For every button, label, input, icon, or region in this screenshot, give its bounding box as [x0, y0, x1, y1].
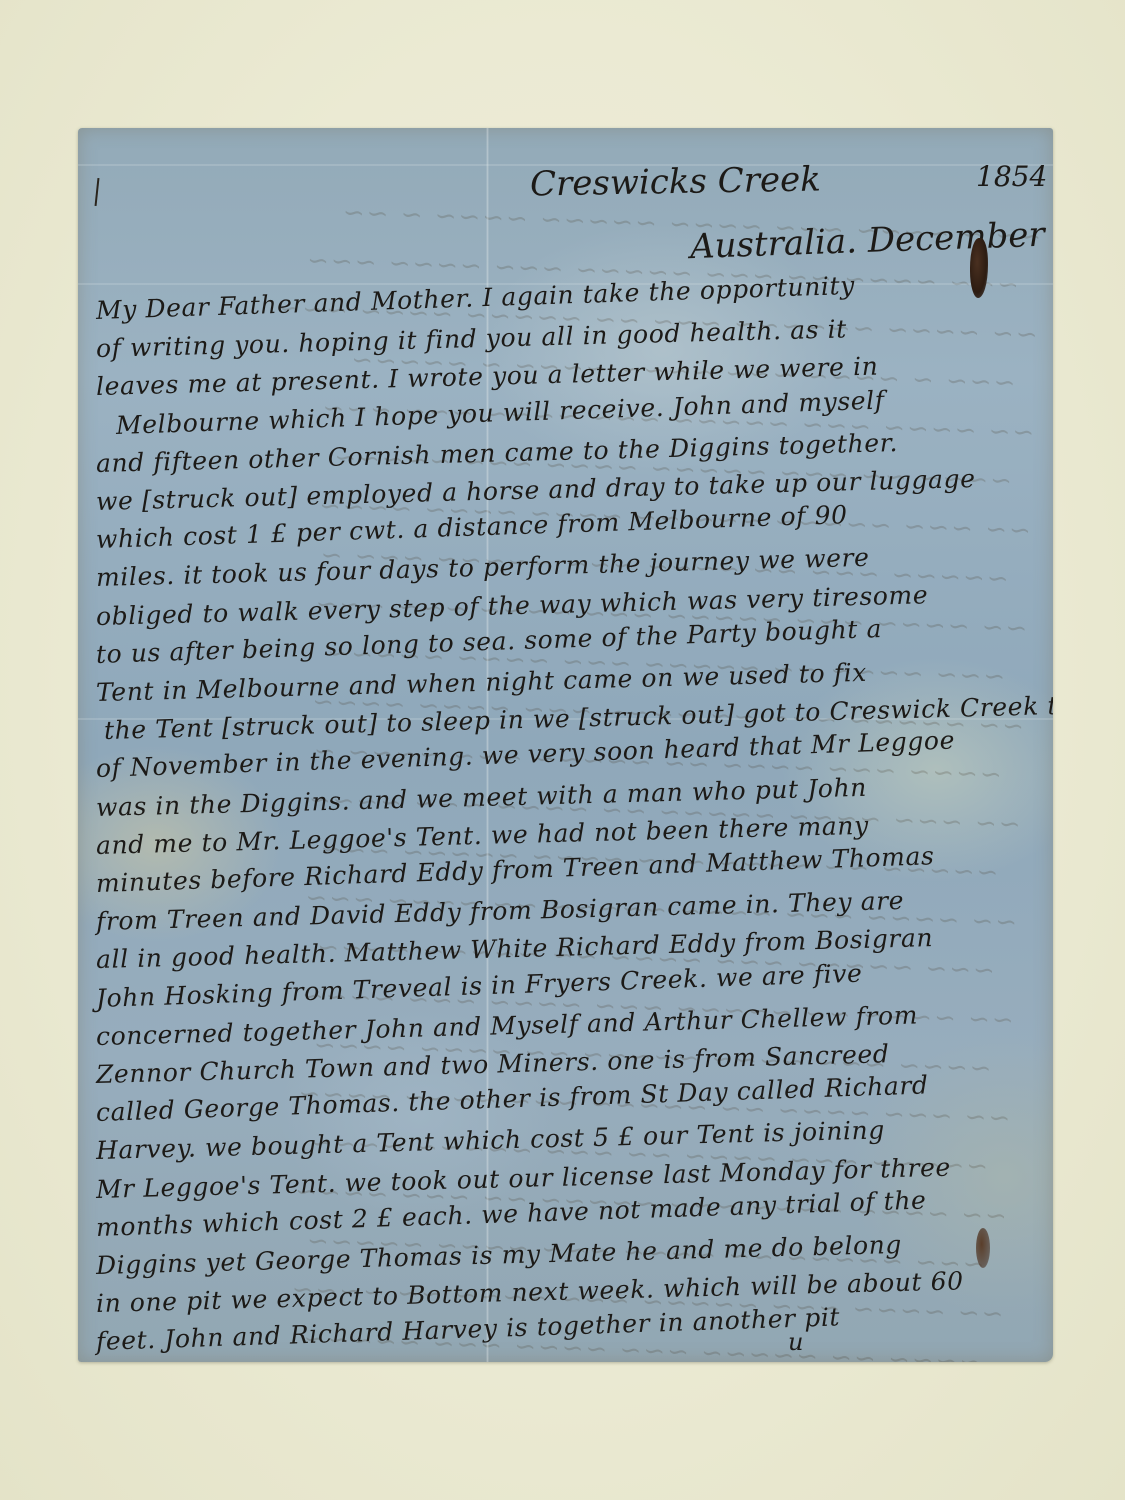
letter-body: My Dear Father and Mother. I again take …: [78, 128, 1053, 1362]
page-mark: u: [788, 1328, 803, 1356]
letter-sheet: ~~ ~ ~~~~ ~~~ ~~~~ ~~~~~ ~~~~ ~ ~~ ~~~ ~…: [78, 128, 1053, 1362]
